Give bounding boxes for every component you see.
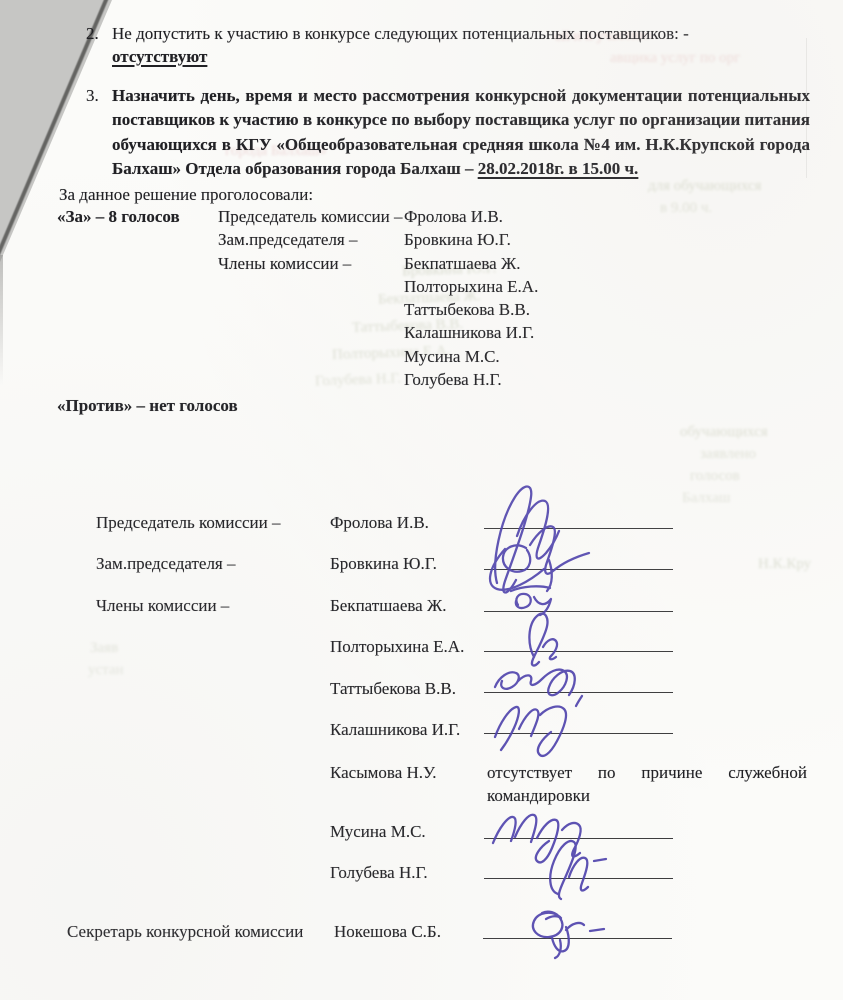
- item-2-emphasis: отсутствуют: [112, 45, 207, 68]
- bleed-text-fragment: авщика услуг по орг: [610, 50, 740, 67]
- signature-bekpatshayeva: [511, 586, 550, 591]
- sig-line-8: [484, 878, 673, 879]
- vote-name-4: Таттыбекова В.В.: [404, 298, 538, 321]
- signature-frolova: [517, 501, 559, 559]
- vote-name-1: Бровкина Ю.Г.: [404, 228, 538, 251]
- signature-brovkina: [530, 526, 589, 573]
- bleed-text-fragment: Голубева Н.Г.: [315, 371, 402, 391]
- vote-role-2: Члены комиссии –: [218, 252, 403, 275]
- sig-line-3: [484, 651, 673, 652]
- scan-left-edge-sliver: [0, 255, 3, 385]
- sig-name-8: Голубева Н.Г.: [330, 861, 428, 884]
- secretary-line: [483, 938, 672, 939]
- sig-name-1: Бровкина Ю.Г.: [330, 552, 437, 575]
- signature-musina: [493, 817, 516, 843]
- bleed-text-fragment: Балхаш: [682, 490, 730, 507]
- sig-name-6: Касымова Н.У.: [330, 761, 437, 784]
- bleed-text-fragment: обучающихся: [680, 424, 768, 441]
- sig-line-0: [484, 528, 673, 529]
- scanned-document-page: ей и к участиюавщика услуг по орггорода …: [0, 0, 843, 1000]
- vote-name-0: Фролова И.В.: [404, 205, 538, 228]
- vote-names-column: Фролова И.В. Бровкина Ю.Г. Бекпатшаева Ж…: [404, 205, 538, 391]
- sig-name-0: Фролова И.В.: [330, 511, 429, 534]
- signature-golubeva: [594, 859, 606, 861]
- sig-role-2: Члены комиссии –: [96, 594, 229, 617]
- signature-frolova: [495, 487, 531, 593]
- bleed-text-fragment: Н.К.Кру: [758, 556, 811, 573]
- signature-nokeshova: [566, 923, 584, 930]
- signature-poltorykhina: [529, 614, 547, 666]
- sig-name-2: Бекпатшаева Ж.: [330, 594, 446, 617]
- signature-golubeva: [569, 858, 588, 891]
- item-2-text: Не допустить к участию в конкурсе следую…: [112, 22, 689, 45]
- sig-role-0: Председатель комиссии –: [96, 511, 281, 534]
- signature-bekpatshayeva: [534, 597, 551, 615]
- bleed-text-fragment: заявлено: [700, 446, 756, 463]
- signature-kalashnikova: [538, 707, 566, 756]
- vote-name-7: Голубева Н.Г.: [404, 368, 538, 391]
- sig-line-1: [484, 569, 673, 570]
- signature-nokeshova: [533, 912, 562, 937]
- signature-kalashnikova: [519, 709, 538, 736]
- signature-nokeshova: [552, 927, 569, 951]
- vote-name-3: Полторыхина Е.А.: [404, 275, 538, 298]
- signature-musina: [562, 823, 581, 857]
- vote-role-0: Председатель комиссии –: [218, 205, 403, 228]
- signature-kalashnikova: [576, 696, 582, 706]
- signature-poltorykhina: [543, 639, 557, 659]
- secretary-name: Нокешова С.Б.: [334, 920, 441, 943]
- sig-role-1: Зам.председателя –: [96, 552, 236, 575]
- vote-name-2: Бекпатшаева Ж.: [404, 252, 538, 275]
- item-3-date-emphasis: 28.02.2018г. в 15.00 ч.: [478, 159, 639, 178]
- vote-for-label: «За» – 8 голосов: [57, 205, 180, 228]
- item-3-text: Назначить день, время и место рассмотрен…: [112, 86, 810, 178]
- sig-note-kasymova: отсутствует по причине служебной команди…: [487, 761, 807, 808]
- signature-kalashnikova: [495, 707, 519, 750]
- sig-name-7: Мусина М.С.: [330, 820, 426, 843]
- vote-name-5: Калашникова И.Г.: [404, 321, 538, 344]
- signature-musina: [536, 820, 558, 863]
- bleed-text-fragment: Заяв: [90, 640, 118, 657]
- sig-line-4: [484, 692, 673, 693]
- sig-line-2: [484, 611, 673, 612]
- vote-role-1: Зам.председателя –: [218, 228, 403, 251]
- vote-name-6: Мусина М.С.: [404, 345, 538, 368]
- signature-bekpatshayeva: [516, 594, 531, 608]
- item-3-paragraph: Назначить день, время и место рассмотрен…: [112, 84, 810, 181]
- signature-nokeshova: [555, 940, 561, 958]
- bleed-text-fragment: устан: [88, 662, 124, 679]
- signature-nokeshova: [590, 929, 604, 931]
- signature-brovkina: [503, 545, 530, 571]
- signature-golubeva: [550, 841, 575, 899]
- sig-line-5: [484, 733, 673, 734]
- signature-nokeshova: [546, 916, 561, 919]
- sig-name-3: Полторыхина Е.А.: [330, 635, 464, 658]
- signature-brovkina: [547, 560, 552, 591]
- signature-tattybekova: [495, 672, 519, 688]
- vote-against-label: «Против» – нет голосов: [57, 394, 238, 417]
- bleed-text-fragment: в 9.00 ч.: [660, 200, 712, 217]
- secretary-role: Секретарь конкурсной комиссии: [67, 920, 303, 943]
- sig-name-4: Таттыбекова В.В.: [330, 677, 456, 700]
- sig-line-7: [484, 838, 673, 839]
- item-2-number: 2.: [86, 22, 99, 45]
- sig-name-5: Калашникова И.Г.: [330, 718, 460, 741]
- item-3-number: 3.: [86, 84, 99, 107]
- bleed-text-fragment: голосов: [690, 468, 740, 485]
- vote-intro: За данное решение проголосовали:: [59, 183, 313, 206]
- vote-roles-column: Председатель комиссии – Зам.председателя…: [218, 205, 403, 275]
